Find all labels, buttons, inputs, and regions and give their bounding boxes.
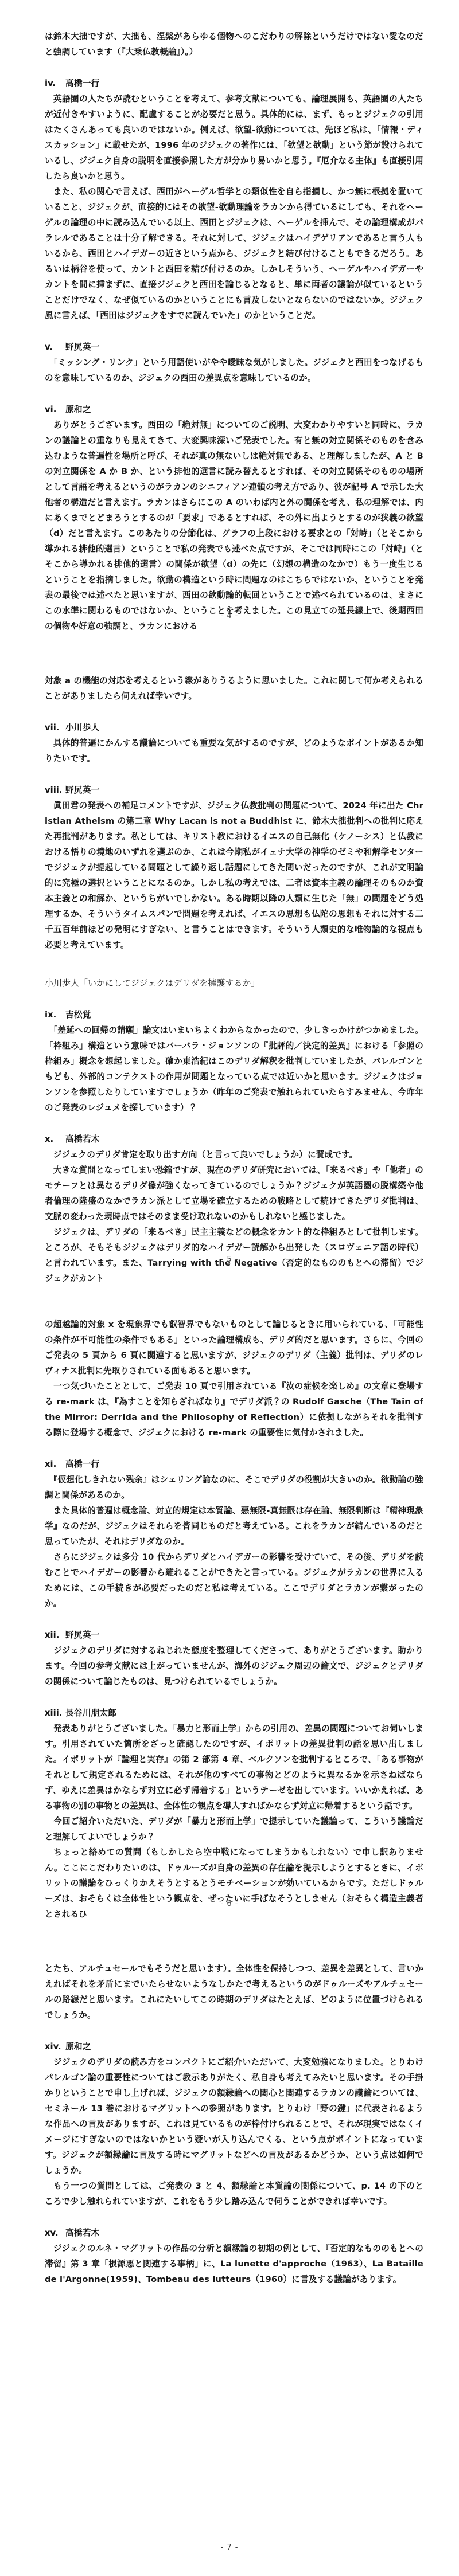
paragraph-continuation: 対象 a の機能の対応を考えるという線がありうるように思いました。これに関して何… xyxy=(45,673,423,704)
section-number: xi. xyxy=(45,1457,65,1472)
section-author: 高橋若木 xyxy=(65,2228,99,2238)
paragraph: もう一つの質問としては、ご発表の 3 と 4、額縁論と本質論の関係について、p.… xyxy=(45,2178,423,2209)
section-heading: vii.小川歩人 xyxy=(45,720,423,735)
paragraph-continuation: とたち、アルチュセールでもそうだと思います）。全体性を保持しつつ、差異を差異とし… xyxy=(45,1961,423,2023)
section-number: x. xyxy=(45,1132,65,1147)
section-author: 原和之 xyxy=(65,405,91,414)
section-author: 野尻英一 xyxy=(65,342,99,352)
paragraph: 具体的普遍にかんする議論についても重要な気がするのですが、どのようなポイントがあ… xyxy=(45,735,423,766)
section-heading: v.野尻英一 xyxy=(45,339,423,355)
section-heading: vi.原和之 xyxy=(45,402,423,417)
section-heading: xiii.長谷川朋太郎 xyxy=(45,1705,423,1721)
section-heading: xi.高橋一行 xyxy=(45,1457,423,1472)
section-number: vii. xyxy=(45,720,65,735)
paragraph: ちょっと絡めての質問（もしかしたら空中戦になってしまうかもしれない）で申し訳あり… xyxy=(45,1845,423,1922)
section-number: xiii. xyxy=(45,1705,65,1721)
section-number: xiv. xyxy=(45,2039,65,2054)
section-number: iv. xyxy=(45,76,65,91)
page-number: - 4 - xyxy=(0,612,459,620)
section-number: v. xyxy=(45,339,65,355)
section-heading: xiv.原和之 xyxy=(45,2039,423,2054)
page-number: - 6 - xyxy=(0,1900,459,1908)
paragraph: 『仮想化しきれない残余』はシェリング論なのに、そこでデリダの役割が大きいのか。欲… xyxy=(45,1472,423,1503)
section-number: vi. xyxy=(45,402,65,417)
paragraph: ジジェクのデリダの読み方をコンパクトにご紹介いただいて、大変勉強になりました。と… xyxy=(45,2054,423,2178)
paragraph: 眞田君の発表への補足コメントですが、ジジェク仏教批判の問題について、2024 年… xyxy=(45,798,423,953)
section-heading: xv.高橋若木 xyxy=(45,2225,423,2241)
paragraph: ジジェクのルネ・マグリットの作品の分析と額縁論の初期の例として、『否定的なものの… xyxy=(45,2241,423,2287)
section-number: xii. xyxy=(45,1627,65,1643)
section-author: 原和之 xyxy=(65,2042,91,2052)
page-number: - 5 - xyxy=(0,1255,459,1264)
paragraph: さらにジジェクは多分 10 代からデリダとハイデガーの影響を受けていて、その後、… xyxy=(45,1549,423,1611)
section-number: xv. xyxy=(45,2225,65,2241)
section-heading: ix.吉松覚 xyxy=(45,1007,423,1023)
paragraph: 一つ気づいたこととして、ご発表 10 頁で引用されている『汝の症候を楽しめ』の文… xyxy=(45,1379,423,1440)
section-author: 高橋一行 xyxy=(65,79,99,88)
section-number: viii. xyxy=(45,782,65,798)
paragraph-continuation: は鈴木大拙ですが、大拙も、涅槃があらゆる個物へのこだわりの解除というだけではない… xyxy=(45,29,423,60)
page-number: - 7 - xyxy=(0,2543,459,2552)
section-heading: iv.高橋一行 xyxy=(45,76,423,91)
paragraph: 大きな質問となってしまい恐縮ですが、現在のデリダ研究においては、「来るべき」や「… xyxy=(45,1162,423,1224)
section-author: 小川歩人 xyxy=(65,723,99,733)
paragraph: ありがとうございます。西田の「絶対無」についてのご説明、大変わかりやすいと同時に… xyxy=(45,417,423,634)
section-heading: viii.野尻英一 xyxy=(45,782,423,798)
paragraph: 「差延への回帰の請願」論文はいまいちよくわからなかったので、少しきっかけがつかめ… xyxy=(45,1023,423,1115)
page: 対象 a の機能の対応を考えるという線がありうるように思いました。これに関して何… xyxy=(0,644,459,1289)
section-heading: x.高橋若木 xyxy=(45,1132,423,1147)
page: の超越論的対象 x を現象界でも叡智界でもないものとして論じるときに用いられてい… xyxy=(0,1288,459,1932)
section-author: 吉松覚 xyxy=(65,1010,91,1020)
paragraph: ジジェクのデリダ肯定を取り出す方向（と言って良いでしょうか）に賛成です。 xyxy=(45,1147,423,1162)
section-author: 野尻英一 xyxy=(65,1630,99,1640)
paragraph: 英語圏の人たちが読むということを考えて、参考文献についても、論理展開も、英語圏の… xyxy=(45,91,423,184)
paragraph-continuation: の超越論的対象 x を現象界でも叡智界でもないものとして論じるときに用いられてい… xyxy=(45,1317,423,1379)
paragraph: また、私の関心で言えば、西田がヘーゲル哲学との類似性を自ら指摘し、かつ無に根拠を… xyxy=(45,184,423,323)
section-author: 高橋一行 xyxy=(65,1459,99,1469)
paragraph: 今回ご紹介いただいた、デリダが「暴力と形而上学」で提示していた議論って、こういう… xyxy=(45,1814,423,1845)
section-author: 長谷川朋太郎 xyxy=(65,1708,116,1718)
document: は鈴木大拙ですが、大拙も、涅槃があらゆる個物へのこだわりの解除というだけではない… xyxy=(0,0,459,2576)
section-author: 野尻英一 xyxy=(65,785,99,795)
paragraph: また具体的普遍は概念論、対立的規定は本質論、悪無限-真無限は存在論、無限判断は『… xyxy=(45,1503,423,1549)
section-heading: xii.野尻英一 xyxy=(45,1627,423,1643)
presentation-title: 小川歩人「いかにしてジジェクはデリダを擁護するか」 xyxy=(45,976,423,991)
section-number: ix. xyxy=(45,1007,65,1023)
page: とたち、アルチュセールでもそうだと思います）。全体性を保持しつつ、差異を差異とし… xyxy=(0,1932,459,2576)
page: は鈴木大拙ですが、大拙も、涅槃があらゆる個物へのこだわりの解除というだけではない… xyxy=(0,0,459,644)
paragraph: 「ミッシング・リンク」という用語使いがやや曖昧な気がしました。ジジェクと西田をつ… xyxy=(45,355,423,386)
paragraph: 発表ありがとうございました。「暴力と形而上学」からの引用の、差異の問題についてお… xyxy=(45,1721,423,1814)
paragraph: ジジェクのデリダに対するねじれた態度を整理してくださって、ありがとうございます。… xyxy=(45,1643,423,1689)
section-author: 高橋若木 xyxy=(65,1134,99,1144)
